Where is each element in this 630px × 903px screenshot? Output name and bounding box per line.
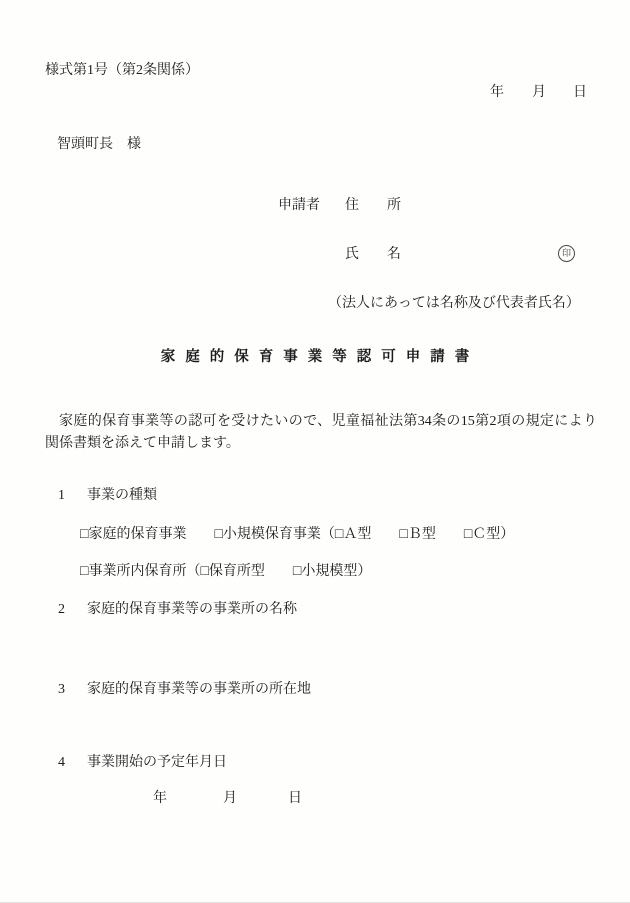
date-year-label: 年 xyxy=(490,86,504,100)
item-2-number: 2 xyxy=(58,603,65,617)
date-day-label: 日 xyxy=(573,86,587,100)
corporate-note: （法人にあっては名称及び代表者氏名） xyxy=(328,297,580,311)
item-4-label: 事業開始の予定年月日 xyxy=(87,756,227,770)
document-title: 家庭的保育事業等認可申請書 xyxy=(0,350,630,365)
item-1-label: 事業の種類 xyxy=(87,489,157,503)
addressee: 智頭町長 様 xyxy=(57,138,141,152)
date-month-label: 月 xyxy=(532,86,546,100)
item-2-label: 家庭的保育事業等の事業所の名称 xyxy=(87,603,297,617)
form-number: 様式第1号（第2条関係） xyxy=(45,64,199,78)
item-3-number: 3 xyxy=(58,683,65,697)
applicant-name-label: 氏 名 xyxy=(345,248,401,262)
document-page: 様式第1号（第2条関係） 年 月 日 智頭町長 様 申請者 住 所 氏 名 印 … xyxy=(0,0,630,903)
body-paragraph: 家庭的保育事業等の認可を受けたいので、児童福祉法第34条の15第2項の規定により… xyxy=(45,411,597,455)
item-4-number: 4 xyxy=(58,756,65,770)
item-1-checkbox-options-line-2: □事業所内保育所（□保育所型 □小規模型） xyxy=(80,565,371,579)
item-3-label: 家庭的保育事業等の事業所の所在地 xyxy=(87,683,311,697)
seal-icon: 印 xyxy=(558,245,575,262)
item-1-checkbox-options-line-1: □家庭的保育事業 □小規模保育事業（□Ａ型 □Ｂ型 □Ｃ型） xyxy=(80,528,514,542)
footer-date-year-label: 年 xyxy=(153,792,167,806)
item-1-number: 1 xyxy=(58,489,65,503)
footer-date-day-label: 日 xyxy=(288,792,302,806)
footer-date-month-label: 月 xyxy=(223,792,237,806)
applicant-label: 申請者 xyxy=(278,199,320,213)
applicant-address-label: 住 所 xyxy=(345,199,401,213)
